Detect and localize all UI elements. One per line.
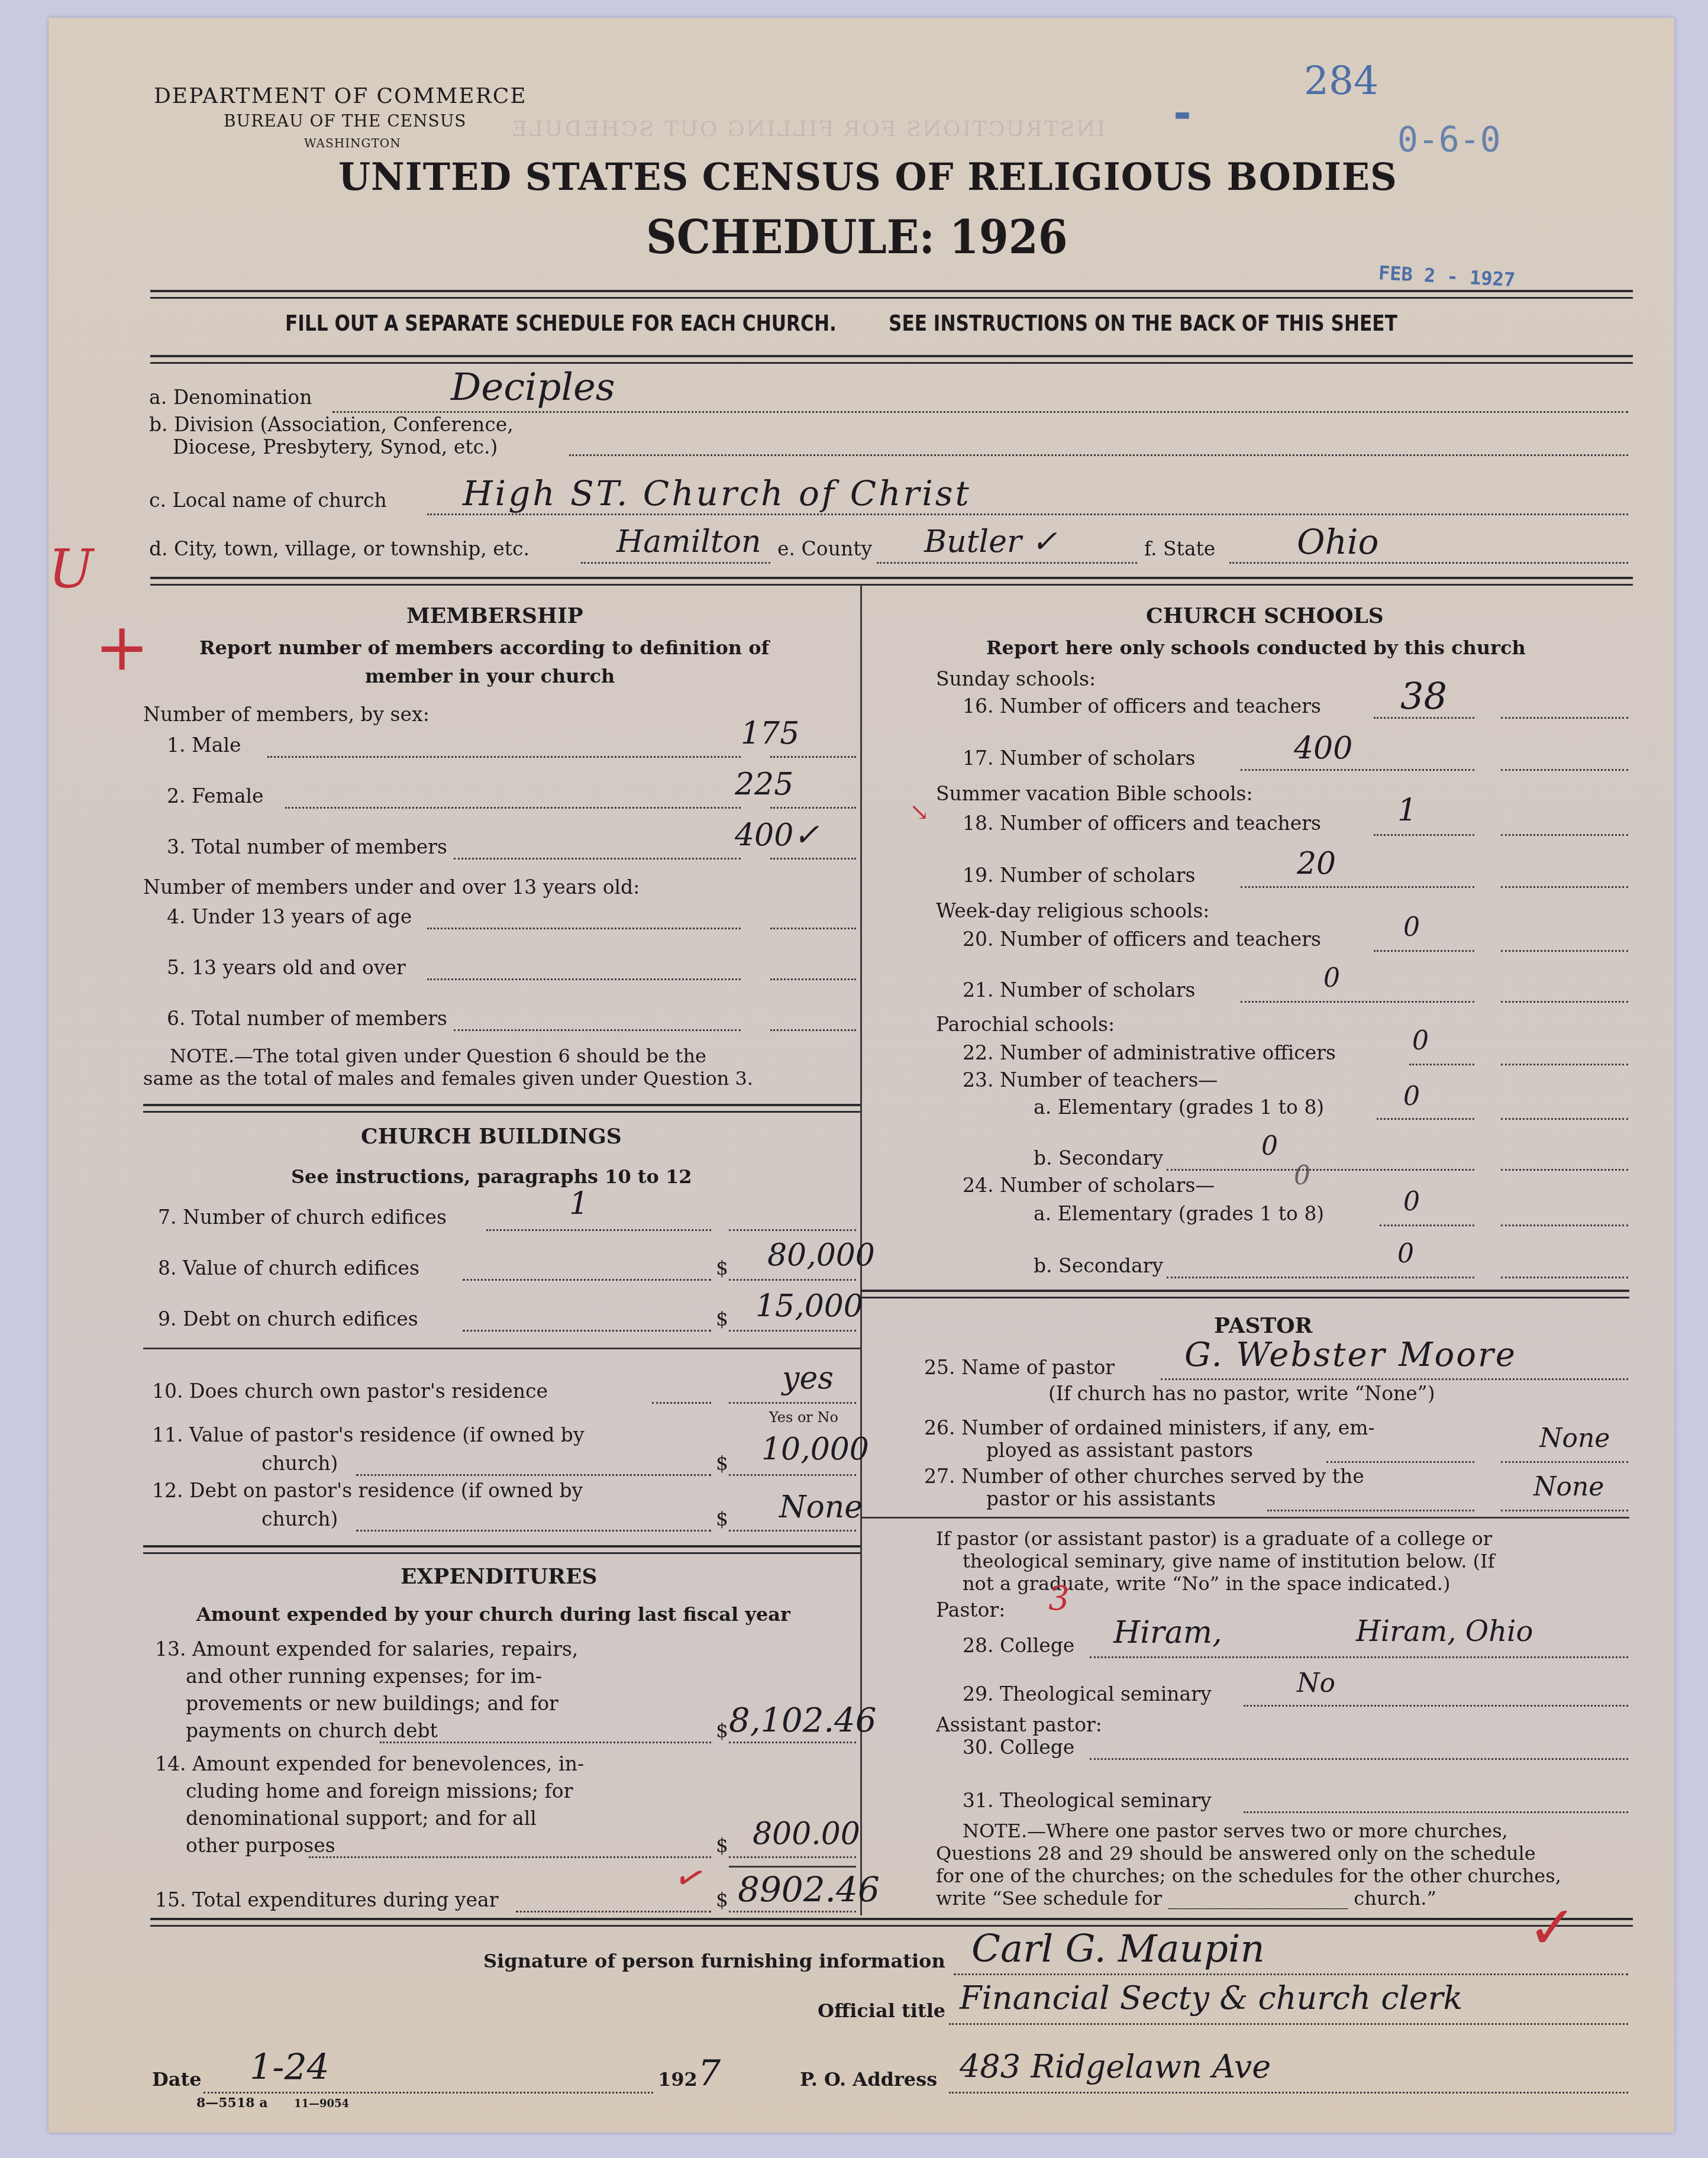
q25-label: 25. Name of pastor (924, 1356, 1115, 1379)
official-title-label: Official title (818, 1999, 945, 2022)
q27-other-churches-field[interactable]: None (1533, 1472, 1604, 1502)
division-field[interactable] (569, 454, 1628, 456)
q12-label-1: 12. Debt on pastor's residence (if owned… (152, 1479, 583, 1502)
q16-label: 16. Number of officers and teachers (963, 694, 1321, 718)
q27-label-2: pastor or his assistants (986, 1487, 1216, 1510)
year-prefix: 192 (658, 2068, 698, 2091)
q23a-elementary-teachers-field[interactable]: 0 (1403, 1081, 1420, 1112)
census-schedule-sheet: INSTRUCTIONS FOR FILLING OUT SCHEDULE DE… (49, 18, 1674, 2133)
local-name-field[interactable]: High ST. Church of Christ (463, 473, 971, 513)
date-label: Date (152, 2068, 202, 2091)
code-stamp: 0-6-0 (1397, 119, 1501, 160)
q3-label: 3. Total number of members (167, 835, 447, 858)
form-title: UNITED STATES CENSUS OF RELIGIOUS BODIES (338, 155, 1397, 199)
q17-label: 17. Number of scholars (963, 747, 1195, 770)
q10-label: 10. Does church own pastor's residence (152, 1380, 548, 1403)
q24-label: 24. Number of scholars— (963, 1174, 1215, 1197)
q13-line-1: 13. Amount expended for salaries, repair… (155, 1637, 578, 1661)
church-schools-title: CHURCH SCHOOLS (1146, 603, 1384, 628)
pastor-heading: Pastor: (936, 1598, 1005, 1621)
red-check-q15: ✓ (670, 1854, 712, 1903)
q24a-label: a. Elementary (grades 1 to 8) (1034, 1202, 1324, 1225)
pastor-note-3: for one of the churches; on the schedule… (936, 1865, 1561, 1887)
q22-admin-officers-field[interactable]: 0 (1412, 1026, 1429, 1056)
parochial-schools-label: Parochial schools: (936, 1013, 1115, 1036)
form-number: 8—5518 a (196, 2095, 267, 2111)
file-number-stamp: 284 (1304, 58, 1378, 104)
footer-rule (150, 1918, 1633, 1920)
pastor-note-1: NOTE.—Where one pastor serves two or mor… (963, 1820, 1508, 1842)
q24b-secondary-scholars-field[interactable]: 0 (1397, 1239, 1414, 1269)
q8-label: 8. Value of church edifices (158, 1256, 419, 1280)
signature-label: Signature of person furnishing informati… (483, 1950, 945, 1972)
q7-label: 7. Number of church edifices (158, 1206, 447, 1229)
q24-scholars-field[interactable]: 0 (1294, 1161, 1310, 1191)
q14-line-4: other purposes (186, 1834, 335, 1857)
q16-sunday-teachers-field[interactable]: 38 (1400, 674, 1447, 718)
signature-field[interactable]: Carl G. Maupin (971, 1927, 1265, 1971)
instruction-left: FILL OUT A SEPARATE SCHEDULE FOR EACH CH… (285, 310, 837, 336)
expenditures-title: EXPENDITURES (401, 1564, 597, 1589)
address-label: P. O. Address (800, 2068, 937, 2091)
q28-label: 28. College (963, 1634, 1074, 1657)
stamp-mark: ▬ (1176, 101, 1189, 127)
q26-assistant-ministers-field[interactable]: None (1539, 1423, 1610, 1453)
q24a-elementary-scholars-field[interactable]: 0 (1403, 1187, 1420, 1217)
q13-line-2: and other running expenses; for im- (186, 1665, 542, 1688)
local-name-label: c. Local name of church (149, 489, 387, 512)
q14-benevolences-field[interactable]: 800.00 (753, 1816, 860, 1852)
year-suffix-field[interactable]: 7 (698, 2053, 721, 2094)
pastor-note-2: Questions 28 and 29 should be answered o… (936, 1842, 1536, 1865)
instruction-right: SEE INSTRUCTIONS ON THE BACK OF THIS SHE… (889, 310, 1397, 336)
q26-label-1: 26. Number of ordained ministers, if any… (924, 1416, 1375, 1439)
q14-line-3: denominational support; and for all (186, 1807, 537, 1830)
received-date-stamp: FEB 2 - 1927 (1378, 261, 1516, 291)
q30-assistant-college-field[interactable] (1090, 1758, 1628, 1760)
q14-line-1: 14. Amount expended for benevolences, in… (155, 1752, 584, 1775)
q8-value-field[interactable]: 80,000 (767, 1238, 875, 1273)
q18-summer-teachers-field[interactable]: 1 (1397, 793, 1417, 828)
q4-under-13-field[interactable] (770, 928, 856, 929)
q19-label: 19. Number of scholars (963, 864, 1195, 887)
q6-label: 6. Total number of members (167, 1007, 447, 1030)
q24b-label: b. Secondary (1034, 1254, 1163, 1277)
q4-label: 4. Under 13 years of age (167, 905, 412, 928)
city-field[interactable]: Hamilton (616, 524, 761, 560)
department-label: DEPARTMENT OF COMMERCE (154, 84, 527, 108)
q5-label: 5. 13 years old and over (167, 956, 406, 979)
red-arrow-q18: ↘ (909, 799, 929, 826)
q9-label: 9. Debt on church edifices (158, 1307, 418, 1330)
summer-schools-label: Summer vacation Bible schools: (936, 782, 1253, 805)
grad-note-1: If pastor (or assistant pastor) is a gra… (936, 1527, 1492, 1550)
q3-total-field[interactable]: 400✓ (735, 818, 819, 853)
pastor-note-4: write “See schedule for ________________… (936, 1887, 1436, 1910)
bureau-label: BUREAU OF THE CENSUS (224, 111, 466, 131)
address-field[interactable]: 483 Ridgelawn Ave (960, 2048, 1271, 2085)
q5-13-and-over-field[interactable] (770, 978, 856, 980)
weekday-schools-label: Week-day religious schools: (936, 899, 1209, 922)
q23b-secondary-teachers-field[interactable]: 0 (1261, 1131, 1278, 1161)
q28-college-location[interactable]: Hiram, Ohio (1356, 1615, 1533, 1648)
q31-assistant-seminary-field[interactable] (1244, 1811, 1628, 1813)
q18-label: 18. Number of officers and teachers (963, 812, 1321, 835)
q6-total-field[interactable] (770, 1029, 856, 1031)
q11-label-1: 11. Value of pastor's residence (if owne… (152, 1423, 585, 1446)
city-label: WASHINGTON (304, 136, 401, 150)
q21-weekday-scholars-field[interactable]: 0 (1323, 963, 1340, 993)
q31-label: 31. Theological seminary (963, 1789, 1212, 1812)
q19-summer-scholars-field[interactable]: 20 (1297, 846, 1336, 881)
denomination-field[interactable]: Deciples (451, 366, 615, 409)
q2-label: 2. Female (167, 784, 264, 807)
q25-hint: (If church has no pastor, write “None”) (1048, 1382, 1435, 1405)
q13-line-4: payments on church debt (186, 1719, 438, 1742)
q29-seminary-field[interactable]: No (1297, 1668, 1335, 1698)
membership-note-2: same as the total of males and females g… (143, 1067, 753, 1090)
q25-pastor-name-field[interactable]: G. Webster Moore (1184, 1336, 1517, 1374)
membership-subtitle-2: member in your church (365, 665, 615, 687)
state-label: f. State (1144, 537, 1215, 560)
q11-label-2: church) (261, 1452, 338, 1475)
red-margin-mark-cross: + (95, 609, 149, 685)
county-label: e. County (777, 537, 872, 560)
q28-college-field[interactable]: Hiram, (1113, 1615, 1222, 1650)
q23a-label: a. Elementary (grades 1 to 8) (1034, 1096, 1324, 1119)
q13-line-3: provements or new buildings; and for (186, 1692, 558, 1715)
q23b-label: b. Secondary (1034, 1146, 1163, 1170)
city-label: d. City, town, village, or township, etc… (149, 537, 529, 560)
grad-note-2: theological seminary, give name of insti… (963, 1550, 1495, 1572)
county-field[interactable]: Butler ✓ (924, 524, 1057, 560)
official-title-field[interactable]: Financial Secty & church clerk (960, 1979, 1462, 2017)
church-buildings-subtitle: See instructions, paragraphs 10 to 12 (291, 1165, 692, 1188)
q17-sunday-scholars-field[interactable]: 400 (1294, 731, 1352, 766)
state-field[interactable]: Ohio (1297, 522, 1378, 562)
q26-label-2: ployed as assistant pastors (986, 1439, 1253, 1462)
sunday-schools-label: Sunday schools: (936, 667, 1096, 690)
date-field[interactable]: 1-24 (250, 2047, 330, 2088)
assistant-pastor-heading: Assistant pastor: (936, 1713, 1102, 1736)
division-label-2: Diocese, Presbytery, Synod, etc.) (173, 435, 498, 458)
red-check-signature: ✓ (1528, 1893, 1577, 1962)
q23-label: 23. Number of teachers— (963, 1068, 1218, 1091)
q2-female-field[interactable]: 225 (735, 767, 793, 802)
pastor-title: PASTOR (1214, 1313, 1312, 1338)
q1-male-field[interactable]: 175 (741, 716, 799, 751)
members-by-age-label: Number of members under and over 13 year… (143, 876, 640, 899)
q13-running-expenses-field[interactable]: 8,102.46 (729, 1701, 876, 1740)
red-margin-mark-u: U (49, 538, 93, 600)
q27-label-1: 27. Number of other churches served by t… (924, 1465, 1364, 1488)
grad-note-3: not a graduate, write “No” in the space … (963, 1572, 1450, 1595)
q7-edifices-field[interactable]: 1 (569, 1186, 589, 1222)
members-by-sex-label: Number of members, by sex: (143, 703, 430, 726)
q21-label: 21. Number of scholars (963, 978, 1195, 1002)
denomination-label: a. Denomination (149, 386, 312, 409)
q14-line-2: cluding home and foreign missions; for (186, 1779, 573, 1802)
schedule-year: SCHEDULE: 1926 (646, 211, 1068, 264)
q1-label: 1. Male (167, 734, 241, 757)
q10-hint: Yes or No (769, 1409, 838, 1426)
q11-residence-value-field[interactable]: 10,000 (761, 1432, 869, 1467)
q30-label: 30. College (963, 1736, 1074, 1759)
q12-residence-debt-field[interactable]: None (779, 1490, 863, 1525)
membership-note-1: NOTE.—The total given under Question 6 s… (170, 1045, 706, 1067)
expenditures-subtitle: Amount expended by your church during la… (196, 1603, 790, 1626)
q22-label: 22. Number of administrative officers (963, 1041, 1336, 1064)
print-code: 11—9054 (294, 2098, 349, 2110)
q10-owns-residence-field[interactable]: yes (782, 1361, 834, 1396)
q15-total-field[interactable]: 8902.46 (738, 1869, 880, 1910)
division-label-1: b. Division (Association, Conference, (149, 413, 514, 436)
church-buildings-title: CHURCH BUILDINGS (361, 1124, 622, 1149)
q20-label: 20. Number of officers and teachers (963, 928, 1321, 951)
q15-label: 15. Total expenditures during year (155, 1888, 498, 1911)
identification-rule (150, 577, 1633, 579)
q20-weekday-teachers-field[interactable]: 0 (1403, 912, 1420, 942)
q29-label: 29. Theological seminary (963, 1682, 1212, 1705)
membership-title: MEMBERSHIP (406, 603, 583, 628)
church-schools-subtitle: Report here only schools conducted by th… (986, 637, 1526, 659)
header-rule (150, 290, 1633, 292)
red-mark-3: 3 (1048, 1579, 1070, 1618)
q9-debt-field[interactable]: 15,000 (755, 1288, 863, 1324)
instruction-rule (150, 355, 1633, 357)
membership-subtitle-1: Report number of members according to de… (199, 637, 769, 659)
bleed-through-heading: INSTRUCTIONS FOR FILLING OUT SCHEDULE (510, 117, 1105, 141)
q12-label-2: church) (261, 1507, 338, 1530)
